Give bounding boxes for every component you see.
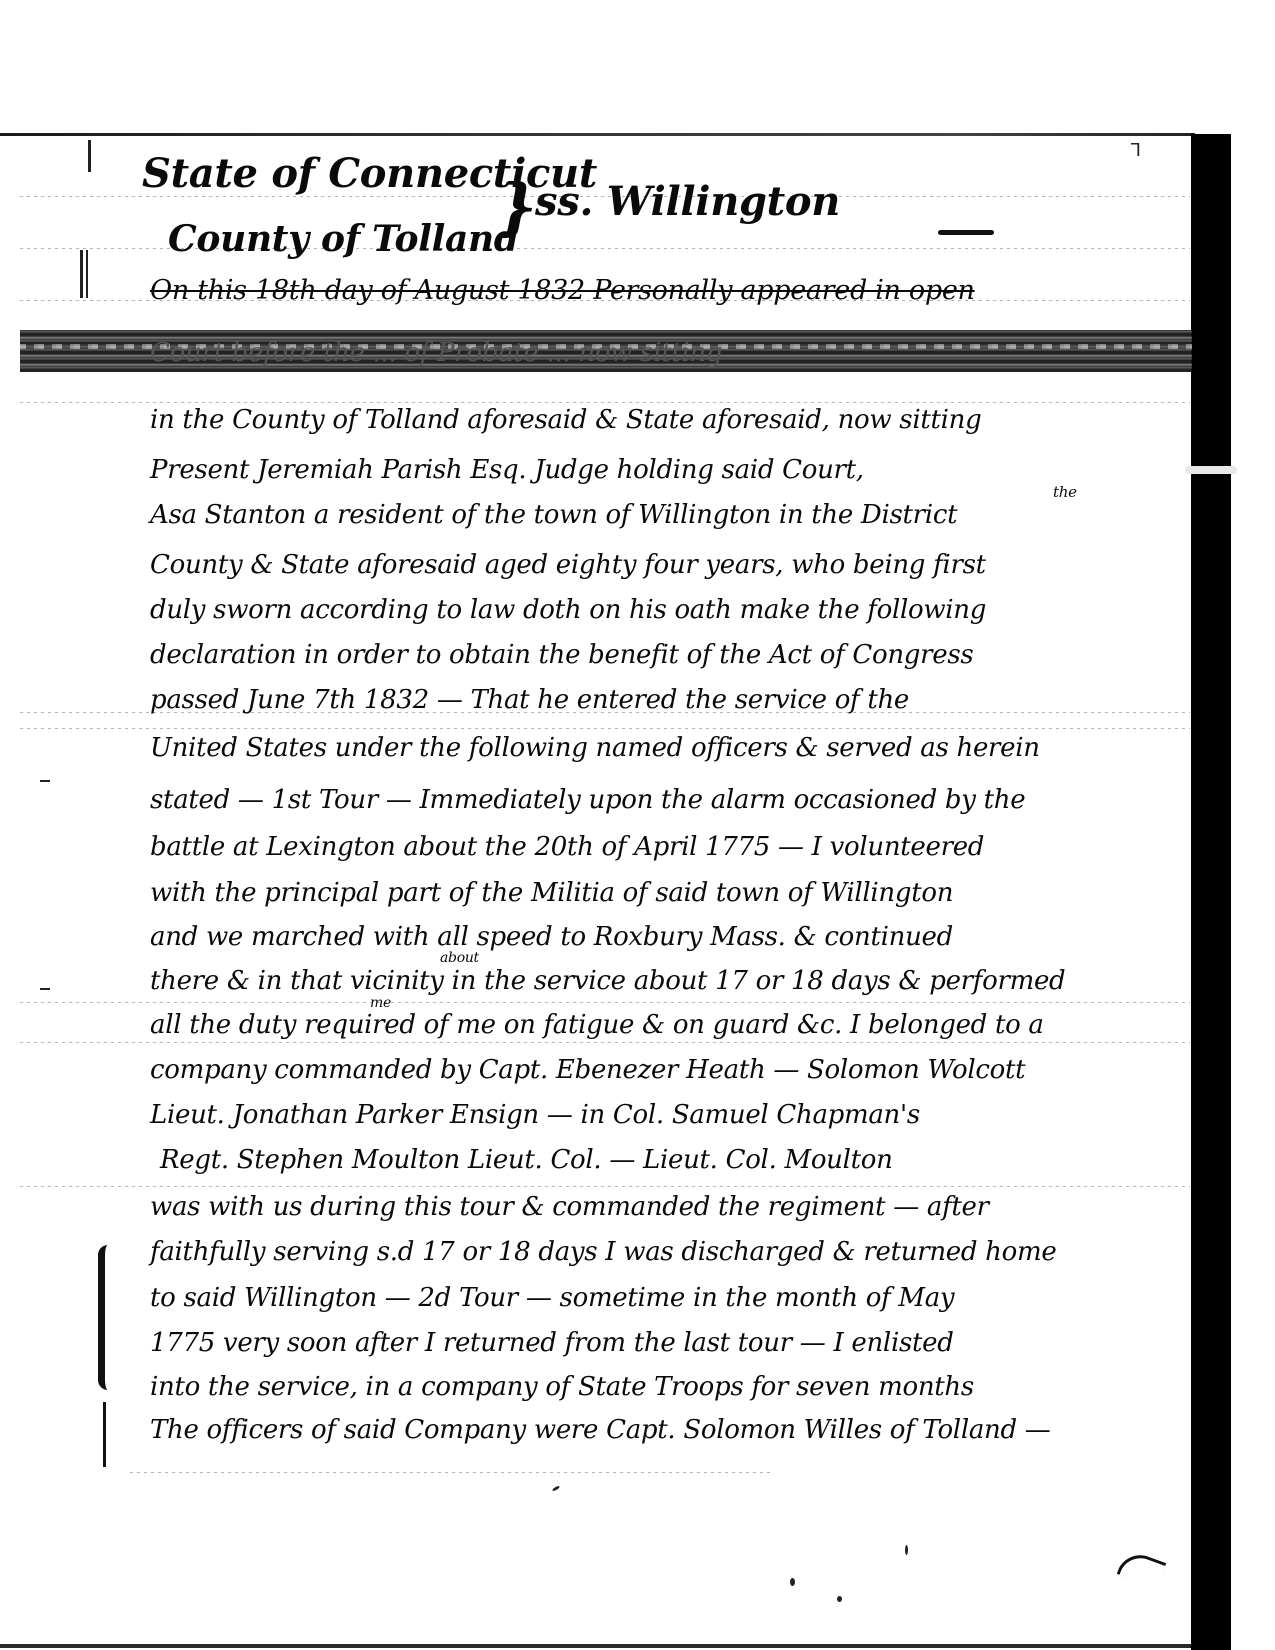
document-line-25: The officers of said Company were Capt. … [150,1415,1051,1445]
scanned-document-page: ᒣ State of Connecticut County of Tolland… [0,0,1275,1650]
document-line-19: Regt. Stephen Moulton Lieut. Col. — Lieu… [160,1145,893,1175]
paper-tear [1185,466,1237,474]
document-line-6: County & State aforesaid aged eighty fou… [150,550,986,580]
document-line-4: Present Jeremiah Parish Esq. Judge holdi… [150,455,864,485]
scan-spine-bar [1191,134,1231,1650]
ruled-line [20,1186,1190,1187]
ruled-line [20,1002,1190,1003]
ruled-line [20,728,1190,729]
interlineation-me: me [370,995,391,1011]
heading-brace: } [497,170,537,243]
document-line-2-smeared: Court before the ... of Probate ... now … [150,338,722,368]
document-line-13: with the principal part of the Militia o… [150,878,953,908]
document-line-15: there & in that vicinity in the service … [150,966,1065,996]
document-line-11: stated — 1st Tour — Immediately upon the… [150,785,1025,815]
margin-tick [103,1402,106,1467]
document-line-12: battle at Lexington about the 20th of Ap… [150,832,984,862]
interlineation-about: about [440,950,479,966]
ink-speck [837,1596,842,1602]
ink-speck [552,1485,560,1492]
document-line-8: declaration in order to obtain the benef… [150,640,973,670]
flourish-mark [938,230,994,235]
margin-tick [40,988,50,990]
corner-mark: ᒣ [1130,140,1141,161]
document-line-14: and we marched with all speed to Roxbury… [150,922,953,952]
ruled-line [20,402,1190,403]
document-line-1: On this 18th day of August 1832 Personal… [150,275,975,306]
document-line-24: into the service, in a company of State … [150,1372,974,1402]
ink-speck [905,1545,908,1555]
document-line-22: to said Willington — 2d Tour — sometime … [150,1283,954,1313]
document-line-21: faithfully serving s.d 17 or 18 days I w… [150,1237,1056,1267]
document-line-10: United States under the following named … [150,733,1040,763]
document-line-5: Asa Stanton a resident of the town of Wi… [150,500,957,530]
ruled-line [130,1472,770,1473]
document-line-23: 1775 very soon after I returned from the… [150,1328,954,1358]
margin-tick [40,780,50,782]
document-line-16: all the duty required of me on fatigue &… [150,1010,1044,1040]
document-line-3: in the County of Tolland aforesaid & Sta… [150,405,981,435]
paper-bottom-edge [0,1644,1195,1648]
margin-tick [88,140,91,172]
margin-bracket [98,1245,115,1390]
document-line-20: was with us during this tour & commanded… [150,1192,989,1222]
document-line-9: passed June 7th 1832 — That he entered t… [150,685,909,715]
heading-ss-place: ss. Willington [535,178,840,225]
interlineation-the: the [1053,483,1077,501]
document-line-17: company commanded by Capt. Ebenezer Heat… [150,1055,1025,1085]
margin-tick [80,250,83,298]
ink-speck [790,1578,795,1586]
heading-county: County of Tolland [168,218,519,260]
document-line-7: duly sworn according to law doth on his … [150,595,986,625]
document-line-18: Lieut. Jonathan Parker Ensign — in Col. … [150,1100,920,1130]
ruled-line [20,1042,1190,1043]
ink-curl-mark [1117,1548,1167,1588]
paper-top-edge [0,133,1195,136]
margin-tick [86,250,88,298]
